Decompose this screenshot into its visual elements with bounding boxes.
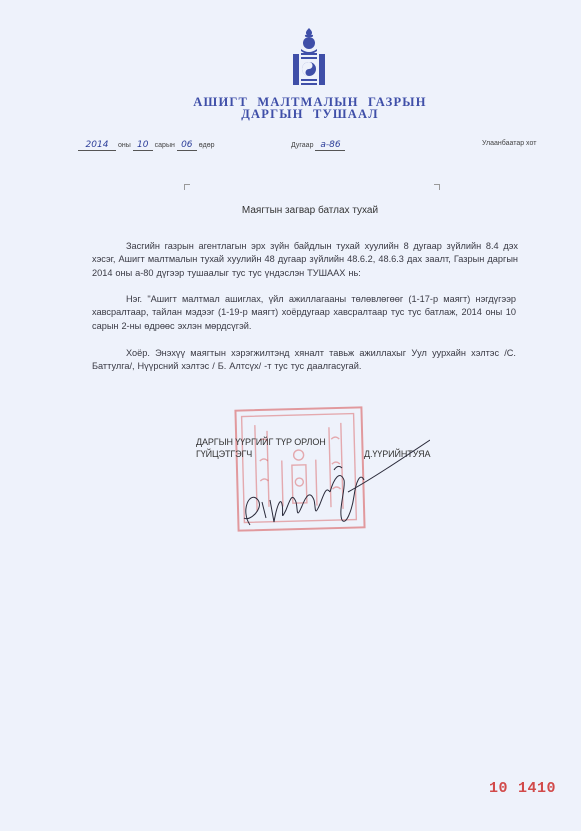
registration-stamp: 101410 (489, 780, 556, 797)
order-number-line: Дугаар а-86 (291, 140, 345, 151)
body-paragraph-2: Нэг. "Ашигт малтмал ашиглах, үйл ажиллаг… (92, 293, 516, 333)
month-label: сарын (155, 142, 175, 149)
registration-part2: 1410 (518, 780, 556, 797)
city-label: Улаанбаатар хот (482, 140, 536, 147)
soyombo-emblem-icon (291, 27, 327, 87)
year-field: 2014 (78, 140, 116, 151)
document-type-title: ДАРГЫН ТУШААЛ (0, 107, 581, 122)
body-paragraph-1: Засгийн газрын агентлагын эрх зүйн байдл… (92, 240, 518, 280)
order-number-field: а-86 (315, 140, 345, 151)
number-label: Дугаар (291, 142, 313, 149)
registration-part1: 10 (489, 780, 508, 797)
corner-mark-right (434, 184, 440, 190)
handwritten-signature-icon (230, 430, 430, 530)
day-field: 06 (177, 140, 197, 151)
document-subject: Маягтын загвар батлах тухай (0, 205, 581, 216)
month-field: 10 (133, 140, 153, 151)
date-line: 2014 оны 10 сарын 06 өдөр (78, 140, 215, 151)
year-label: оны (118, 142, 131, 149)
order-document: АШИГТ МАЛТМАЛЫН ГАЗРЫН ДАРГЫН ТУШААЛ 201… (0, 0, 581, 831)
day-label: өдөр (199, 142, 215, 149)
body-paragraph-3: Хоёр. Энэхүү маягтын хэрэгжилтэнд хяналт… (92, 347, 516, 374)
corner-mark-left (184, 184, 190, 190)
